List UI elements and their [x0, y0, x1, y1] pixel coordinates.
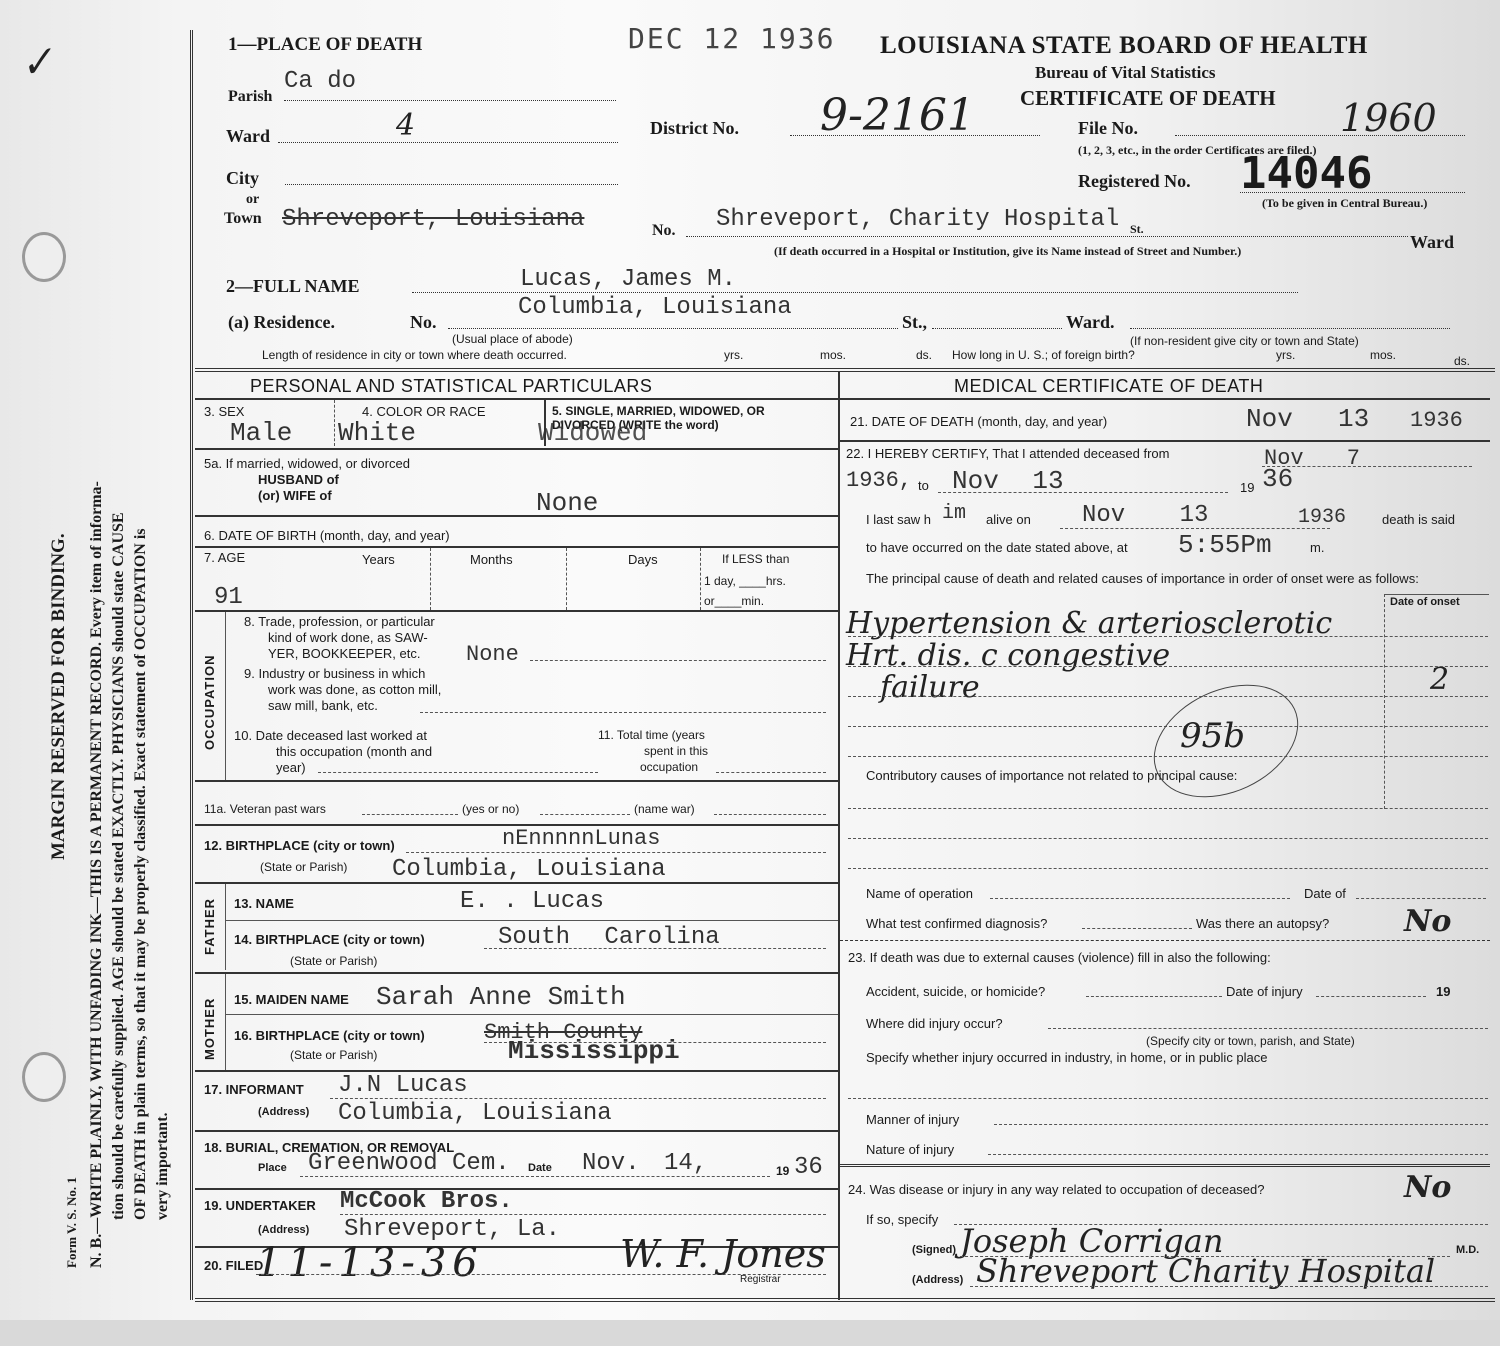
- row-rule-10: [195, 780, 838, 782]
- total-time-line: [716, 772, 826, 773]
- last-saw-label: I last saw h: [866, 512, 931, 527]
- row-rule-12: [195, 882, 838, 884]
- row-rule-5a: [195, 515, 838, 517]
- file-no-value[interactable]: 1960: [1340, 96, 1437, 140]
- date-of-death-year[interactable]: 1936: [1410, 408, 1463, 433]
- birthplace-state-value[interactable]: Columbia, Louisiana: [392, 856, 666, 883]
- personal-heading-rule: [195, 398, 838, 400]
- last-saw-pronoun[interactable]: im: [942, 502, 966, 525]
- where-injury-label: Where did injury occur?: [866, 1016, 1003, 1031]
- date-of-death-label: 21. DATE OF DEATH (month, day, and year): [850, 414, 1107, 429]
- foreign-yrs: yrs.: [1276, 348, 1295, 362]
- ward-value[interactable]: 4: [396, 108, 415, 143]
- contributory-rule-3: [848, 868, 1488, 869]
- age-days-divider: [700, 548, 701, 610]
- marital-value[interactable]: Widowed: [538, 418, 647, 448]
- spouse-label-1: 5a. If married, widowed, or divorced: [204, 456, 410, 471]
- veteran-war-label: (name war): [634, 802, 695, 816]
- hospital-note: (If death occurred in a Hospital or Inst…: [774, 244, 1241, 259]
- where-injury-line: [1048, 1028, 1488, 1029]
- row-rule-17: [195, 1130, 838, 1132]
- medical-heading-rule: [840, 398, 1490, 400]
- occupation-side-label: OCCUPATION: [202, 655, 217, 750]
- file-no-label: File No.: [1078, 118, 1138, 139]
- residence-no-label: No.: [410, 312, 437, 333]
- residence-value[interactable]: Columbia, Louisiana: [518, 294, 792, 321]
- time-of-death-value[interactable]: 5:55Pm: [1178, 530, 1272, 560]
- test-label: What test confirmed diagnosis?: [866, 916, 1047, 931]
- last-saw-year[interactable]: 1936: [1298, 506, 1346, 529]
- veteran-war-line: [540, 814, 630, 815]
- check-mark: ✓: [16, 37, 57, 88]
- margin-reserved-text: MARGIN RESERVED FOR BINDING.: [48, 533, 70, 860]
- registered-no-line: [1240, 192, 1465, 193]
- foreign-ds: ds.: [1454, 354, 1470, 368]
- town-value[interactable]: Shreveport, Louisiana: [282, 206, 584, 233]
- cause-line-rule-3: [848, 696, 1488, 697]
- medical-heading: MEDICAL CERTIFICATE OF DEATH: [954, 376, 1263, 397]
- row-rule-15: [225, 1014, 838, 1015]
- veteran-war-name-line: [714, 814, 826, 815]
- undertaker-label: 19. UNDERTAKER: [204, 1198, 316, 1213]
- street-no-label: No.: [652, 222, 676, 240]
- mother-birthplace-label: 16. BIRTHPLACE (city or town): [234, 1028, 425, 1043]
- father-birthplace-label: 14. BIRTHPLACE (city or town): [234, 932, 425, 947]
- hospital-line: [686, 236, 1408, 237]
- contributory-rule-2: [848, 838, 1488, 839]
- where-injury-note: (Specify city or town, parish, and State…: [1146, 1034, 1355, 1048]
- signed-label: (Signed): [912, 1244, 956, 1256]
- punch-hole-top: [22, 232, 66, 282]
- industry-label-2: work was done, as cotton mill,: [268, 682, 441, 697]
- attended-from-year[interactable]: 1936,: [846, 468, 912, 493]
- parish-value[interactable]: Ca do: [284, 68, 356, 95]
- manner-line: [994, 1124, 1488, 1125]
- street-st-label: St.: [1130, 222, 1144, 237]
- operation-date-label: Date of: [1304, 886, 1346, 901]
- cause-line-rule-1: [848, 636, 1488, 637]
- cause-line-3[interactable]: failure: [880, 670, 980, 705]
- residence-st-label: St.,: [902, 312, 927, 333]
- row-rule-21: [840, 440, 1490, 442]
- last-saw-date[interactable]: Nov 13: [1082, 502, 1208, 529]
- row-rule-16: [195, 1070, 838, 1072]
- registrar-label: Registrar: [740, 1274, 781, 1285]
- hospital-ward-label: Ward: [1410, 232, 1454, 253]
- row-rule-18: [195, 1188, 838, 1190]
- mother-birthplace-value-2[interactable]: Mississippi: [508, 1036, 680, 1066]
- filed-label: 20. FILED: [204, 1258, 263, 1273]
- veteran-line: [362, 814, 458, 815]
- column-divider: [838, 372, 840, 1300]
- attended-to-year-prefix: 19: [1240, 480, 1254, 495]
- row-rule-6: [195, 546, 838, 548]
- certify-label: 22. I HEREBY CERTIFY, That I attended de…: [846, 446, 1170, 461]
- burial-place-label: Place: [258, 1162, 287, 1174]
- nature-label: Nature of injury: [866, 1142, 954, 1157]
- burial-place-value[interactable]: Greenwood Cem.: [308, 1150, 510, 1177]
- abode-note: (Usual place of abode): [452, 332, 573, 346]
- age-months-divider: [566, 548, 567, 610]
- row-rule-23: [840, 1164, 1490, 1167]
- specify-location-line: [848, 1098, 1488, 1099]
- ward-label: Ward: [226, 126, 270, 147]
- city-label: City: [226, 168, 259, 189]
- informant-label: 17. INFORMANT: [204, 1082, 304, 1097]
- birthplace-city-value[interactable]: nEnnnnnLunas: [502, 826, 660, 851]
- full-name-label: 2—FULL NAME: [226, 276, 360, 297]
- alive-on-label: alive on: [986, 512, 1031, 527]
- industry-label-1: 9. Industry or business in which: [244, 666, 425, 681]
- accident-label: Accident, suicide, or homicide?: [866, 984, 1045, 999]
- row-rule-3: [195, 448, 838, 450]
- district-label: District No.: [650, 118, 739, 139]
- mother-side-divider: [225, 974, 226, 1070]
- punch-hole-bottom: [22, 1052, 66, 1102]
- burial-line: [300, 1176, 770, 1177]
- last-saw-line: [1060, 528, 1330, 529]
- age-less-label-1: If LESS than: [722, 552, 789, 566]
- undertaker-address-label: (Address): [258, 1224, 309, 1236]
- md-label: M.D.: [1456, 1244, 1479, 1256]
- contributory-rule-1: [848, 808, 1488, 809]
- mother-name-label: 15. MAIDEN NAME: [234, 992, 349, 1007]
- spouse-label-3: (or) WIFE of: [258, 488, 332, 503]
- industry-label-3: saw mill, bank, etc.: [268, 698, 378, 713]
- operation-label: Name of operation: [866, 886, 973, 901]
- hospital-value[interactable]: Shreveport, Charity Hospital: [716, 206, 1119, 233]
- residence-line: [448, 328, 898, 329]
- age-days-label: Days: [628, 552, 658, 567]
- bureau-subtitle: Bureau of Vital Statistics: [1035, 63, 1216, 83]
- cause-line-2[interactable]: Hrt. dis. c congestive: [846, 638, 1170, 673]
- birthplace-state-label: (State or Parish): [260, 860, 347, 874]
- age-less-label-3: or____min.: [704, 594, 764, 608]
- district-line: [790, 135, 1040, 136]
- row-rule-14: [195, 972, 838, 974]
- last-worked-label-3: year): [276, 760, 306, 775]
- age-value[interactable]: 91: [214, 584, 243, 611]
- section-divider-top: [195, 368, 1495, 372]
- father-side-label: FATHER: [202, 898, 217, 955]
- dob-label: 6. DATE OF BIRTH (month, day, and year): [204, 528, 450, 543]
- race-value[interactable]: White: [338, 418, 416, 448]
- length-ds: ds.: [916, 348, 932, 362]
- race-label: 4. COLOR OR RACE: [362, 404, 486, 419]
- age-label: 7. AGE: [204, 550, 245, 565]
- spouse-label-2: HUSBAND of: [258, 472, 339, 487]
- onset-value[interactable]: 2: [1430, 662, 1449, 697]
- full-name-value[interactable]: Lucas, James M.: [520, 266, 736, 293]
- file-no-line: [1175, 135, 1465, 136]
- date-of-death-month[interactable]: Nov: [1246, 404, 1293, 434]
- parish-line: [284, 100, 616, 101]
- occupation-related-label: 24. Was disease or injury in any way rel…: [848, 1182, 1264, 1197]
- total-time-label-3: occupation: [640, 760, 698, 774]
- total-time-label-1: 11. Total time (years: [598, 728, 705, 742]
- occupation-related-value[interactable]: No: [1404, 1170, 1451, 1205]
- total-time-label-2: spent in this: [644, 744, 708, 758]
- contributory-label: Contributory causes of importance not re…: [866, 768, 1237, 783]
- undertaker-address-value[interactable]: Shreveport, La.: [344, 1216, 560, 1243]
- registered-no-note: (To be given in Central Bureau.): [1262, 196, 1427, 211]
- autopsy-label: Was there an autopsy?: [1196, 916, 1329, 931]
- father-side-divider: [225, 884, 226, 970]
- sex-value[interactable]: Male: [230, 418, 292, 448]
- foreign-mos: mos.: [1370, 348, 1396, 362]
- burial-date-value[interactable]: Nov. 14,: [582, 1150, 707, 1177]
- mother-name-value[interactable]: Sarah Anne Smith: [376, 982, 626, 1012]
- form-number: Form V. S. No. 1: [64, 1177, 80, 1268]
- city-line: [285, 184, 618, 185]
- specify-location-label: Specify whether injury occurred in indus…: [866, 1050, 1268, 1065]
- veteran-yesno: (yes or no): [462, 802, 519, 816]
- injury-date-line: [1316, 996, 1426, 997]
- informant-address-value[interactable]: Columbia, Louisiana: [338, 1100, 612, 1127]
- classification-code: 95b: [1180, 716, 1245, 756]
- injury-date-label: Date of injury: [1226, 984, 1303, 999]
- town-label: Town: [224, 210, 262, 228]
- nature-line: [988, 1154, 1488, 1155]
- margin-note-line3: OF DEATH in plain terms, so that it may …: [132, 528, 150, 1220]
- attended-to-year[interactable]: 36: [1262, 464, 1293, 494]
- physician-address-line: [970, 1286, 1488, 1287]
- age-months-label: Months: [470, 552, 513, 567]
- age-years-divider: [430, 548, 431, 610]
- father-birthplace-line: [484, 948, 826, 949]
- district-value[interactable]: 9-2161: [820, 90, 975, 141]
- trade-line: [530, 660, 826, 661]
- age-less-label-2: 1 day, ____hrs.: [704, 574, 786, 588]
- last-worked-label-1: 10. Date deceased last worked at: [234, 728, 427, 743]
- age-years-label: Years: [362, 552, 395, 567]
- nonresident-note: (If non-resident give city or town and S…: [1130, 334, 1359, 348]
- form-left-border: [190, 30, 193, 1300]
- registrar-signature: W. F. Jones: [620, 1232, 826, 1276]
- ward-line: [278, 142, 618, 143]
- sex-label: 3. SEX: [204, 404, 244, 419]
- last-worked-line: [318, 772, 598, 773]
- parish-label: Parish: [228, 88, 272, 106]
- length-yrs: yrs.: [724, 348, 743, 362]
- margin-note-line1: N. B.—WRITE PLAINLY, WITH UNFADING INK—T…: [88, 481, 106, 1268]
- undertaker-value[interactable]: McCook Bros.: [340, 1188, 513, 1215]
- birthplace-city-line: [406, 852, 826, 853]
- residence-st-line: [932, 328, 1062, 329]
- operation-line: [990, 898, 1290, 899]
- agency-title: LOUISIANA STATE BOARD OF HEALTH: [880, 32, 1368, 60]
- physician-address-value: Shreveport Charity Hospital: [976, 1252, 1435, 1290]
- row-rule-7: [195, 610, 838, 612]
- registered-no-label: Registered No.: [1078, 171, 1191, 192]
- full-name-line: [412, 292, 1298, 293]
- undertaker-line: [340, 1214, 826, 1215]
- residence-ward-line: [1130, 328, 1450, 329]
- burial-year-value[interactable]: 36: [794, 1154, 823, 1181]
- father-name-value[interactable]: E. . Lucas: [460, 888, 604, 915]
- trade-label-3: YER, BOOKKEEPER, etc.: [268, 646, 420, 661]
- occurred-label: to have occurred on the date stated abov…: [866, 540, 1128, 555]
- if-so-label: If so, specify: [866, 1212, 938, 1227]
- informant-value[interactable]: J.N Lucas: [338, 1072, 468, 1099]
- physician-address-label: (Address): [912, 1274, 963, 1286]
- burial-date-label: Date: [528, 1162, 552, 1174]
- operation-date-line: [1356, 898, 1486, 899]
- attended-to-line: [938, 492, 1228, 493]
- certificate-page: ✓ MARGIN RESERVED FOR BINDING. Form V. S…: [0, 0, 1500, 1320]
- personal-heading: PERSONAL AND STATISTICAL PARTICULARS: [250, 376, 652, 397]
- date-of-death-day[interactable]: 13: [1338, 404, 1369, 434]
- row-rule-13: [225, 920, 838, 921]
- death-said-label: death is said: [1382, 512, 1455, 527]
- trade-value[interactable]: None: [466, 642, 519, 667]
- foreign-birth-label: How long in U. S.; of foreign birth?: [952, 348, 1135, 362]
- veteran-label: 11a. Veteran past wars: [204, 802, 326, 816]
- trade-label-1: 8. Trade, profession, or particular: [244, 614, 435, 629]
- father-birthplace-value[interactable]: South Carolina: [498, 924, 720, 951]
- row-rule-22: [840, 940, 1490, 941]
- attended-to-label: to: [918, 478, 929, 493]
- margin-note-line2: tion should be carefully supplied. AGE s…: [110, 512, 128, 1220]
- filed-value[interactable]: 11-13-36: [256, 1240, 484, 1286]
- burial-year-prefix: 19: [776, 1164, 789, 1178]
- place-of-death-heading: 1—PLACE OF DEATH: [228, 34, 422, 56]
- cause-line-rule-2: [848, 666, 1488, 667]
- birthplace-label: 12. BIRTHPLACE (city or town): [204, 838, 395, 853]
- cause-label: The principal cause of death and related…: [866, 572, 1476, 586]
- or-label: or: [246, 192, 259, 208]
- time-m-label: m.: [1310, 540, 1324, 555]
- accident-line: [1086, 996, 1222, 997]
- margin-note-line4: very important.: [154, 1112, 172, 1220]
- informant-line: [330, 1098, 826, 1099]
- form-bottom-border: [195, 1298, 1495, 1302]
- certificate-title: CERTIFICATE OF DEATH: [1020, 86, 1276, 111]
- informant-address-label: (Address): [258, 1106, 309, 1118]
- last-worked-label-2: this occupation (month and: [276, 744, 432, 759]
- industry-line: [420, 712, 826, 713]
- father-birthplace-state-label: (State or Parish): [290, 954, 377, 968]
- attended-from-line: [1262, 466, 1472, 467]
- onset-box: [1384, 594, 1489, 809]
- test-line: [1082, 928, 1192, 929]
- residence-label: (a) Residence.: [228, 312, 335, 333]
- trade-label-2: kind of work done, as SAW-: [268, 630, 428, 645]
- external-causes-label: 23. If death was due to external causes …: [848, 950, 1271, 965]
- autopsy-value[interactable]: No: [1404, 904, 1451, 939]
- occupation-side-divider: [225, 612, 226, 780]
- length-residence-label: Length of residence in city or town wher…: [262, 348, 567, 362]
- sex-race-divider: [334, 400, 335, 446]
- mother-birthplace-state-label: (State or Parish): [290, 1048, 377, 1062]
- injury-year-prefix: 19: [1436, 984, 1450, 999]
- manner-label: Manner of injury: [866, 1112, 959, 1127]
- spouse-value[interactable]: None: [536, 488, 598, 518]
- father-name-label: 13. NAME: [234, 896, 294, 911]
- onset-header: Date of onset: [1390, 596, 1460, 608]
- mother-side-label: MOTHER: [202, 998, 217, 1060]
- received-date-stamp: DEC 12 1936: [628, 22, 835, 55]
- residence-ward-label: Ward.: [1066, 312, 1115, 333]
- length-mos: mos.: [820, 348, 846, 362]
